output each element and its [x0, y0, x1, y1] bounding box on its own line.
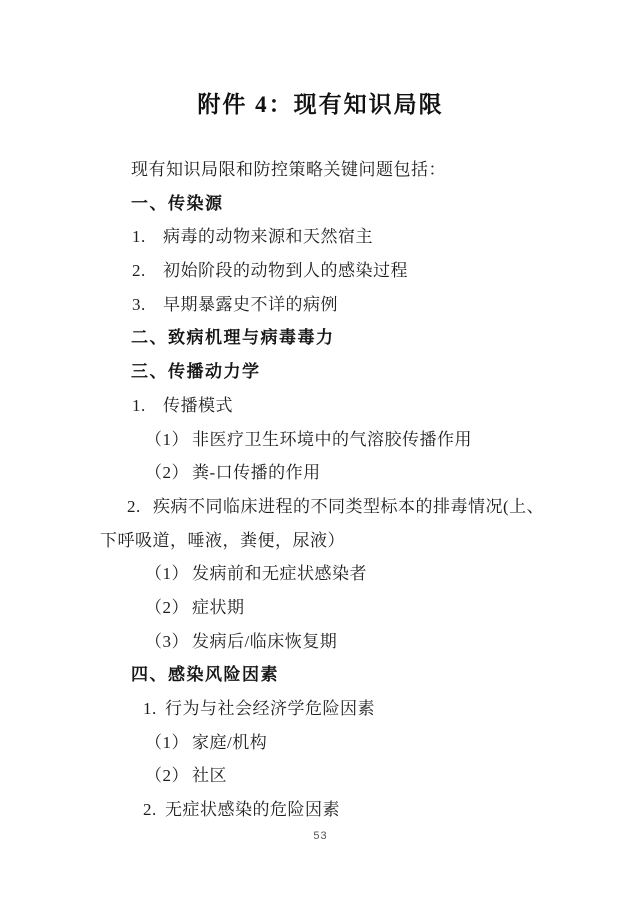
list-item-text: 病毒的动物来源和天然宿主	[163, 227, 373, 246]
list-item: 1.传播模式	[132, 389, 641, 423]
list-item-text: 粪-口传播的作用	[192, 463, 321, 482]
list-marker: 2.	[143, 793, 165, 827]
list-item-continuation: 下呼吸道，唾液，粪便，尿液）	[100, 524, 641, 558]
list-marker: 1.	[132, 389, 163, 423]
sub-list-item: （2）社区	[145, 759, 641, 793]
list-item: 2.初始阶段的动物到人的感染过程	[132, 254, 641, 288]
sub-list-item: （1）家庭/机构	[145, 726, 641, 760]
section-heading-1: 一、传染源	[131, 187, 641, 221]
list-item: 1.病毒的动物来源和天然宿主	[132, 220, 641, 254]
list-marker: 1.	[143, 692, 165, 726]
list-marker: （1）	[145, 557, 192, 591]
list-item-text: 非医疗卫生环境中的气溶胶传播作用	[192, 430, 472, 449]
sub-list-item: （2）症状期	[145, 591, 641, 625]
section-heading-4: 四、感染风险因素	[131, 658, 641, 692]
list-marker: 2.	[127, 490, 153, 524]
document-title: 附件 4：现有知识局限	[0, 0, 641, 122]
sub-list-item: （1）发病前和无症状感染者	[145, 557, 641, 591]
list-marker: （2）	[145, 591, 192, 625]
list-item-text: 早期暴露史不详的病例	[163, 295, 338, 314]
sub-list-item: （3）发病后/临床恢复期	[145, 625, 641, 659]
page-number: 53	[0, 830, 641, 842]
list-item: 1.行为与社会经济学危险因素	[143, 692, 641, 726]
list-item: 3.早期暴露史不详的病例	[132, 288, 641, 322]
sub-list-item: （1）非医疗卫生环境中的气溶胶传播作用	[145, 423, 641, 457]
list-marker: （2）	[145, 759, 192, 793]
list-item-text: 发病后/临床恢复期	[192, 632, 337, 651]
list-item-text: 行为与社会经济学危险因素	[165, 699, 375, 718]
list-item: 2.疾病不同临床进程的不同类型标本的排毒情况(上、	[127, 490, 641, 524]
list-item: 2.无症状感染的危险因素	[143, 793, 641, 827]
list-marker: （1）	[145, 423, 192, 457]
list-item-text: 社区	[192, 766, 227, 785]
section-heading-3: 三、传播动力学	[131, 355, 641, 389]
section-heading-2: 二、致病机理与病毒毒力	[131, 321, 641, 355]
list-item-text: 初始阶段的动物到人的感染过程	[163, 261, 408, 280]
intro-paragraph: 现有知识局限和防控策略关键问题包括：	[131, 153, 641, 187]
list-item-text: 疾病不同临床进程的不同类型标本的排毒情况(上、	[153, 497, 544, 516]
sub-list-item: （2）粪-口传播的作用	[145, 456, 641, 490]
list-item-text: 传播模式	[163, 396, 233, 415]
list-item-text: 无症状感染的危险因素	[165, 800, 340, 819]
list-marker: 1.	[132, 220, 163, 254]
list-item-text: 症状期	[192, 598, 245, 617]
document-page: 附件 4：现有知识局限 现有知识局限和防控策略关键问题包括： 一、传染源 1.病…	[0, 0, 641, 906]
document-body: 现有知识局限和防控策略关键问题包括： 一、传染源 1.病毒的动物来源和天然宿主 …	[0, 153, 641, 827]
list-marker: （3）	[145, 625, 192, 659]
list-item-text: 发病前和无症状感染者	[192, 564, 367, 583]
list-marker: （1）	[145, 726, 192, 760]
list-item-text: 家庭/机构	[192, 733, 267, 752]
list-marker: 2.	[132, 254, 163, 288]
list-marker: 3.	[132, 288, 163, 322]
list-marker: （2）	[145, 456, 192, 490]
